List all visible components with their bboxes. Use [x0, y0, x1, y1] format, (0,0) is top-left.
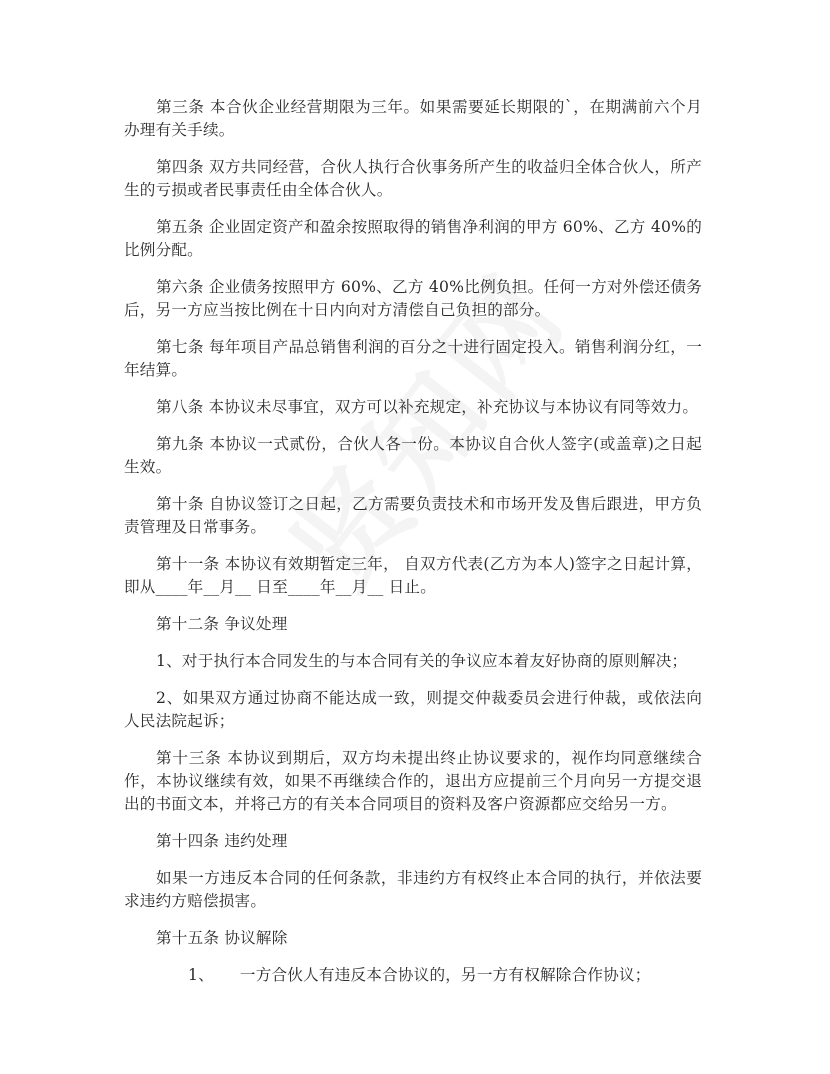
clause-5: 第五条 企业固定资产和盈余按照取得的销售净利润的甲方 60%、乙方 40%的比例… — [124, 216, 702, 262]
clause-8: 第八条 本协议未尽事宜，双方可以补充规定，补充协议与本协议有同等效力。 — [124, 396, 702, 419]
list-number: 1、 — [156, 964, 214, 987]
clause-7: 第七条 每年项目产品总销售利润的百分之十进行固定投入。销售利润分红，一年结算。 — [124, 336, 702, 382]
clause-15-heading: 第十五条 协议解除 — [124, 927, 702, 950]
clause-12-item-2: 2、如果双方通过协商不能达成一致，则提交仲裁委员会进行仲裁，或依法向人民法院起诉… — [124, 687, 702, 733]
document-page: 第三条 本合伙企业经营期限为三年。如果需要延长期限的`，在期满前六个月办理有关手… — [124, 96, 702, 1001]
clause-6: 第六条 企业债务按照甲方 60%、乙方 40%比例负担。任何一方对外偿还债务后，… — [124, 276, 702, 322]
clause-14-heading: 第十四条 违约处理 — [124, 830, 702, 853]
clause-14-body: 如果一方违反本合同的任何条款，非违约方有权终止本合同的执行，并依法要求违约方赔偿… — [124, 867, 702, 913]
clause-3: 第三条 本合伙企业经营期限为三年。如果需要延长期限的`，在期满前六个月办理有关手… — [124, 96, 702, 142]
clause-10: 第十条 自协议签订之日起，乙方需要负责技术和市场开发及售后跟进，甲方负责管理及日… — [124, 493, 702, 539]
clause-4: 第四条 双方共同经营，合伙人执行合伙事务所产生的收益归全体合伙人，所产生的亏损或… — [124, 156, 702, 202]
list-text: 一方合伙人有违反本合协议的，另一方有权解除合作协议； — [240, 966, 651, 984]
clause-11: 第十一条 本协议有效期暂定三年， 自双方代表(乙方为本人)签字之日起计算，即从_… — [124, 553, 702, 599]
clause-12-item-1: 1、对于执行本合同发生的与本合同有关的争议应本着友好协商的原则解决； — [124, 650, 702, 673]
clause-15-item-1: 1、一方合伙人有违反本合协议的，另一方有权解除合作协议； — [124, 964, 702, 987]
clause-12-heading: 第十二条 争议处理 — [124, 613, 702, 636]
clause-9: 第九条 本协议一式贰份，合伙人各一份。本协议自合伙人签字(或盖章)之日起生效。 — [124, 433, 702, 479]
clause-13: 第十三条 本协议到期后，双方均未提出终止协议要求的，视作均同意继续合作，本协议继… — [124, 747, 702, 816]
